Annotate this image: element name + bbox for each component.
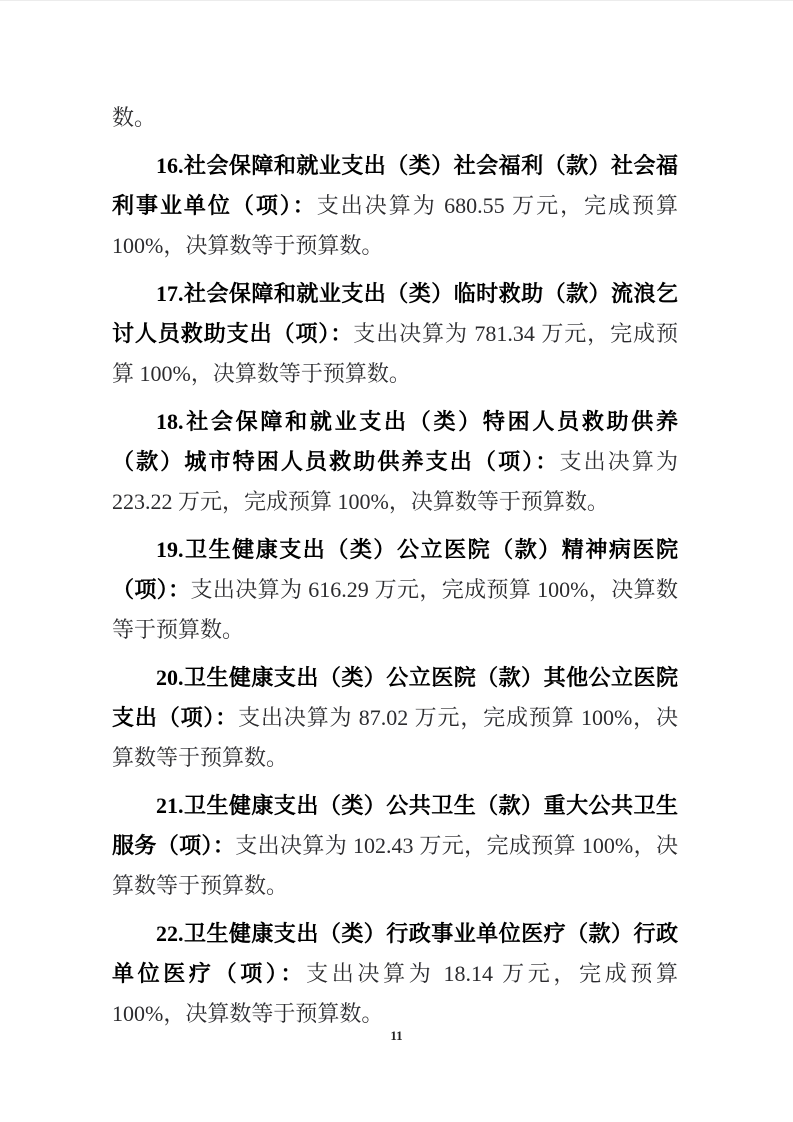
budget-item-17: 17.社会保障和就业支出（类）临时救助（款）流浪乞讨人员救助支出（项）：支出决算… <box>112 274 678 394</box>
paragraph-continuation: 数。 <box>112 98 678 138</box>
budget-item-18: 18.社会保障和就业支出（类）特困人员救助供养（款）城市特困人员救助供养支出（项… <box>112 402 678 522</box>
budget-item-19: 19.卫生健康支出（类）公立医院（款）精神病医院（项）：支出决算为 616.29… <box>112 530 678 650</box>
budget-item-22: 22.卫生健康支出（类）行政事业单位医疗（款）行政单位医疗（项）：支出决算为 1… <box>112 914 678 1034</box>
budget-item-21: 21.卫生健康支出（类）公共卫生（款）重大公共卫生服务（项）：支出决算为 102… <box>112 786 678 906</box>
document-page: 数。 16.社会保障和就业支出（类）社会福利（款）社会福利事业单位（项）：支出决… <box>0 0 793 1122</box>
document-body: 数。 16.社会保障和就业支出（类）社会福利（款）社会福利事业单位（项）：支出决… <box>112 98 678 1042</box>
paragraph-body: 数。 <box>112 105 156 130</box>
budget-item-20: 20.卫生健康支出（类）公立医院（款）其他公立医院支出（项）：支出决算为 87.… <box>112 658 678 778</box>
item-body: 支出决算为 616.29 万元，完成预算 100%，决算数等于预算数。 <box>112 577 678 642</box>
page-number: 11 <box>0 1027 793 1047</box>
budget-item-16: 16.社会保障和就业支出（类）社会福利（款）社会福利事业单位（项）：支出决算为 … <box>112 146 678 266</box>
